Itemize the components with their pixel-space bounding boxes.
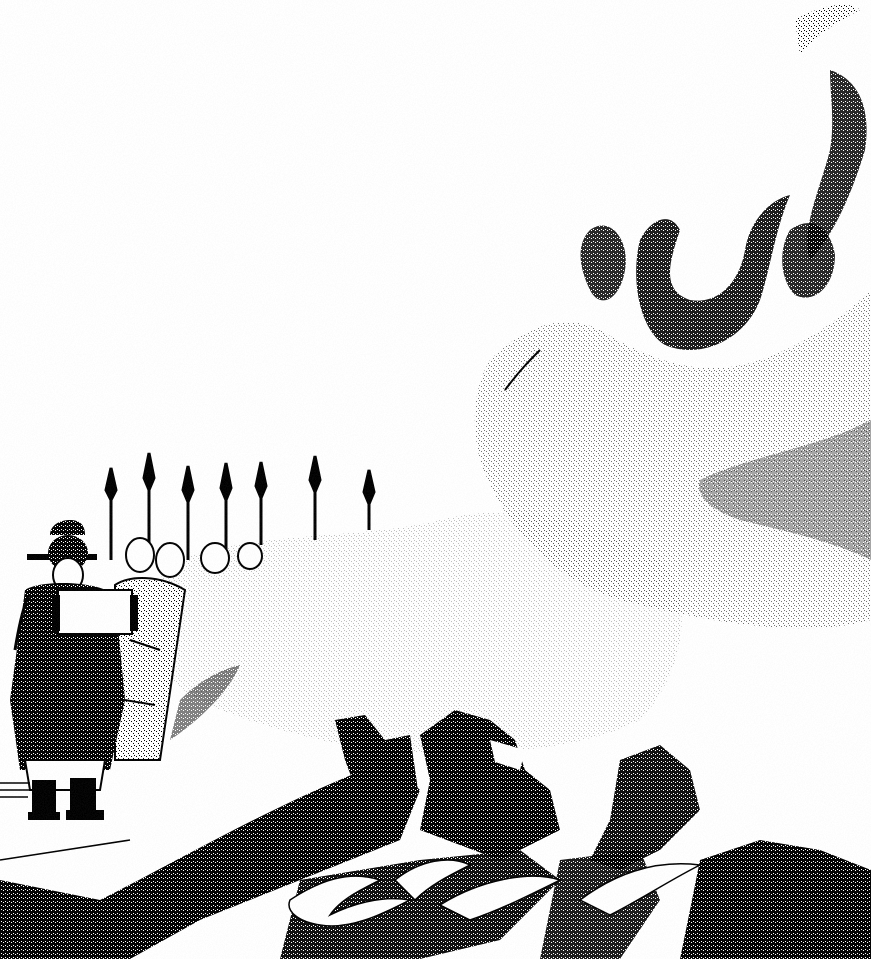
- engraving-canvas: [0, 0, 871, 959]
- paper-grain: [0, 0, 871, 959]
- illustration: [0, 0, 871, 959]
